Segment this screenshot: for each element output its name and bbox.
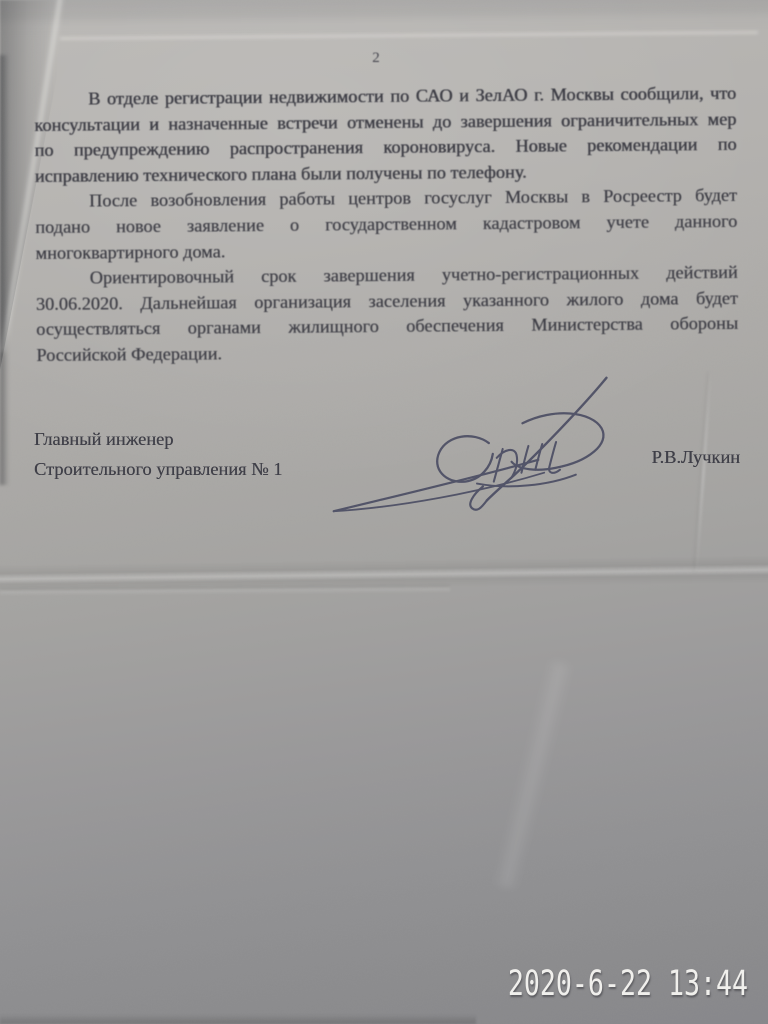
signature-icon [328,362,626,530]
document-body-text: В отделе регистрации недвижимости по САО… [34,81,738,369]
camera-timestamp: 2020-6-22 13:44 [508,964,748,1004]
page-bottom-edge-shadow [0,1014,476,1024]
paragraph-2: После возобновления работы центров госус… [35,183,738,266]
paper-light-streak [493,660,574,889]
page-number: 2 [0,50,760,67]
secondary-fold-crease [0,584,450,595]
signer-name: Р.В.Лучкин [652,447,740,468]
paragraph-3: Ориентировочный срок завершения учетно-р… [36,260,739,368]
photo-of-document: 2 В отделе регистрации недвижимости по С… [0,0,768,1024]
paragraph-1: В отделе регистрации недвижимости по САО… [34,81,737,189]
signature-block: Главный инженер Строительного управления… [34,424,740,574]
page-left-edge-shadow [0,55,9,485]
